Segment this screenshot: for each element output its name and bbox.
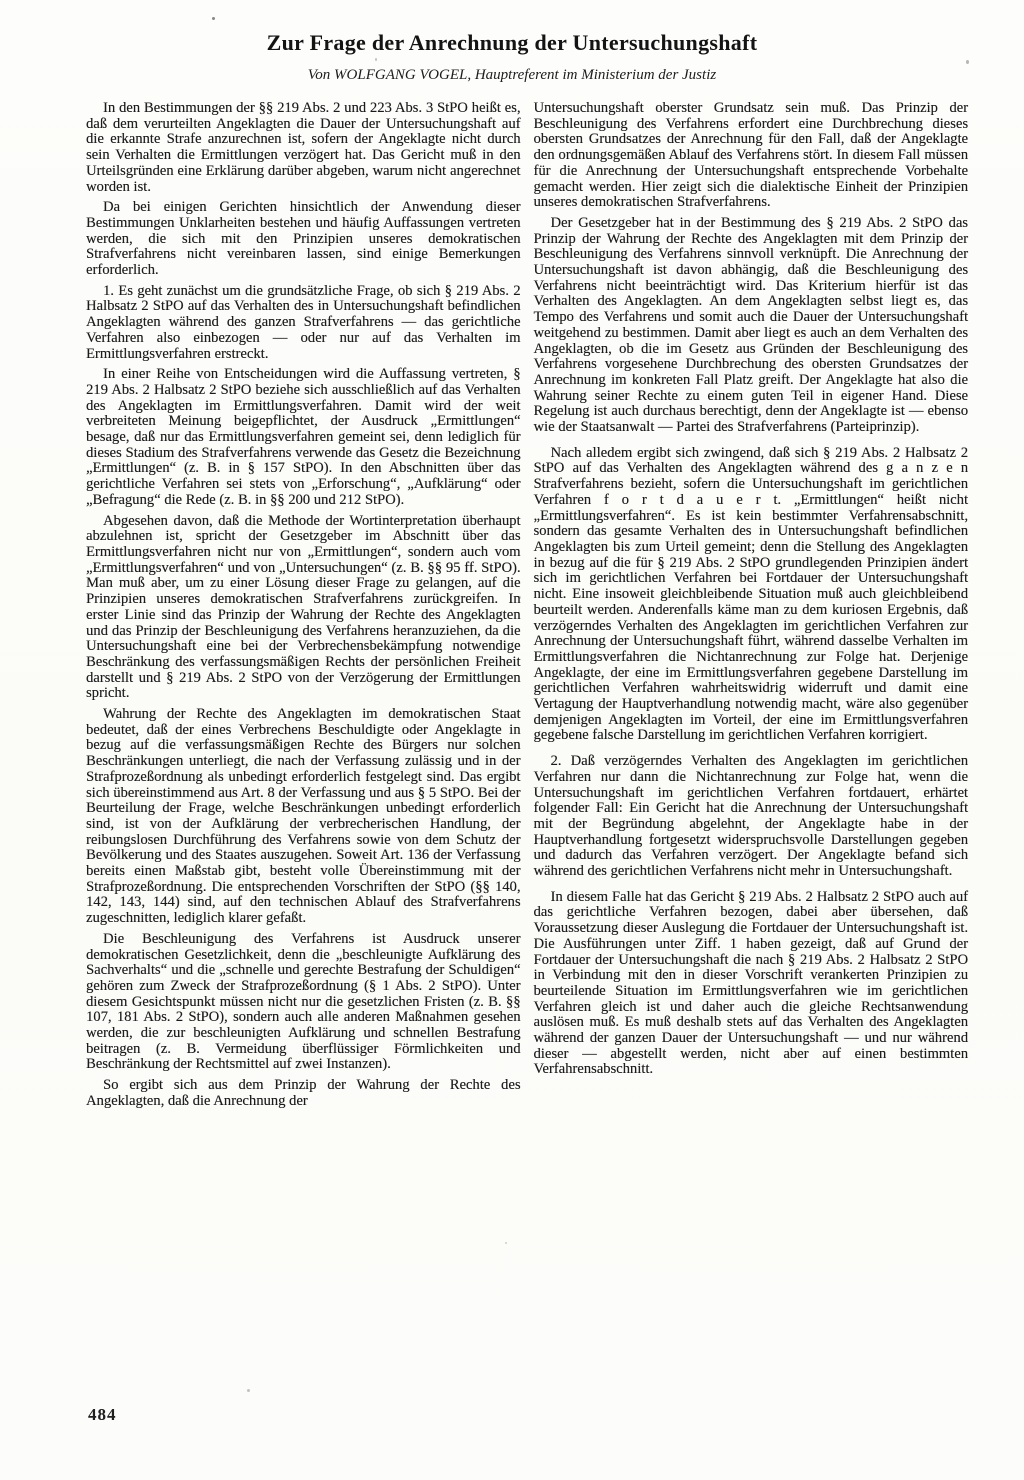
paragraph: In einer Reihe von Entscheidungen wird d… [86, 367, 521, 508]
paragraph: Wahrung der Rechte des Angeklagten im de… [86, 707, 521, 927]
right-column: Untersuchungshaft oberster Grundsatz sei… [534, 101, 969, 1115]
paragraph: Der Gesetzgeber hat in der Bestimmung de… [534, 216, 969, 436]
scan-artifact [212, 17, 215, 20]
journal-page: Zur Frage der Anrechnung der Untersuchun… [0, 0, 1024, 1480]
scan-artifact [843, 226, 845, 228]
paragraph: 2. Daß verzögerndes Verhalten des Angekl… [534, 754, 969, 880]
paragraph: Die Beschleunigung des Verfahrens ist Au… [86, 932, 521, 1073]
article-byline: Von WOLFGANG VOGEL, Hauptreferent im Min… [0, 67, 1024, 84]
scan-artifact [505, 1242, 507, 1244]
paragraph: Untersuchungshaft oberster Grundsatz sei… [534, 101, 969, 211]
article-body: In den Bestimmungen der §§ 219 Abs. 2 un… [0, 101, 1024, 1115]
paragraph: Abgesehen davon, daß die Methode der Wor… [86, 514, 521, 702]
scan-artifact [247, 1389, 250, 1392]
scan-artifact [519, 596, 521, 599]
left-column: In den Bestimmungen der §§ 219 Abs. 2 un… [86, 101, 521, 1115]
scan-artifact [966, 60, 969, 64]
scan-artifact [375, 58, 377, 61]
paragraph: 1. Es geht zunächst um die grundsätzlich… [86, 284, 521, 363]
article-title: Zur Frage der Anrechnung der Untersuchun… [0, 0, 1024, 56]
paragraph: In den Bestimmungen der §§ 219 Abs. 2 un… [86, 101, 521, 195]
page-number: 484 [88, 1405, 117, 1425]
paragraph: Nach alledem ergibt sich zwingend, daß s… [534, 446, 969, 744]
paragraph: So ergibt sich aus dem Prinzip der Wahru… [86, 1078, 521, 1109]
paragraph: In diesem Falle hat das Gericht § 219 Ab… [534, 890, 969, 1078]
paragraph: Da bei einigen Gerichten hinsichtlich de… [86, 200, 521, 279]
